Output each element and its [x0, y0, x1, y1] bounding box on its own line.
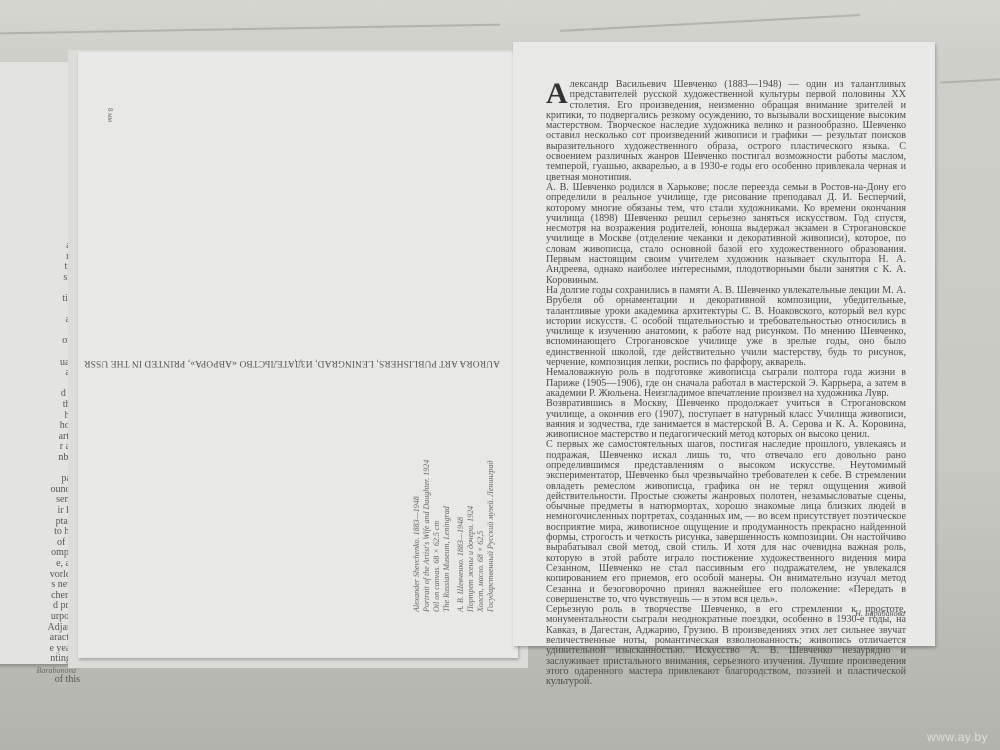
tablecloth-fold: [0, 24, 500, 35]
caption-line: Alexander Shevchenko. 1883—1948: [412, 460, 422, 612]
caption-line: А. В. Шевченко. 1883—1948: [456, 460, 466, 612]
dropcap: А: [546, 82, 568, 106]
article-paragraph: На долгие годы сохранились в памяти А. В…: [546, 286, 906, 368]
caption-line: Холст, масло. 68 × 62,5: [476, 460, 486, 612]
watermark: www.ay.by: [927, 730, 988, 744]
caption-line: Портрет жены и дочери. 1924: [466, 460, 476, 612]
caption-line: Oil on canvas. 68 × 62.5 cm: [432, 460, 442, 612]
tablecloth-fold: [940, 78, 1000, 83]
page-number: 8 мм: [106, 108, 114, 122]
caption-line: Государственный Русский музей. Ленинград: [486, 460, 496, 612]
article-paragraph: Немаловажную роль в подготовке живописца…: [546, 368, 906, 399]
tablecloth-fold: [560, 14, 860, 32]
article-paragraph: С первых же самостоятельных шагов, пости…: [546, 440, 906, 605]
article-paragraph: Возвратившись в Москву, Шевченко продолж…: [546, 399, 906, 440]
publisher-line: AURORA ART PUBLISHERS, LENINGRAD, ИЗДАТЕ…: [100, 358, 500, 368]
caption-line: The Russian Museum, Leningrad: [442, 460, 452, 612]
article-paragraph: лександр Васильевич Шевченко (1883—1948)…: [546, 80, 906, 183]
artwork-caption: Alexander Shevchenko. 1883—1948Portrait …: [412, 460, 496, 612]
article-paragraph: А. В. Шевченко родился в Харькове; после…: [546, 183, 906, 286]
right-page: А лександр Васильевич Шевченко (1883—194…: [513, 42, 935, 646]
article-paragraph: Серьезную роль в творчестве Шевченко, в …: [546, 605, 906, 687]
caption-line: Portrait of the Artist's Wife and Daught…: [422, 460, 432, 612]
article-text: А лександр Васильевич Шевченко (1883—194…: [546, 80, 906, 688]
article-signature: Н. Барабанова: [855, 609, 905, 618]
article-paragraphs: лександр Васильевич Шевченко (1883—1948)…: [546, 80, 906, 688]
middle-page: 8 мм AURORA ART PUBLISHERS, LENINGRAD, И…: [78, 52, 518, 658]
